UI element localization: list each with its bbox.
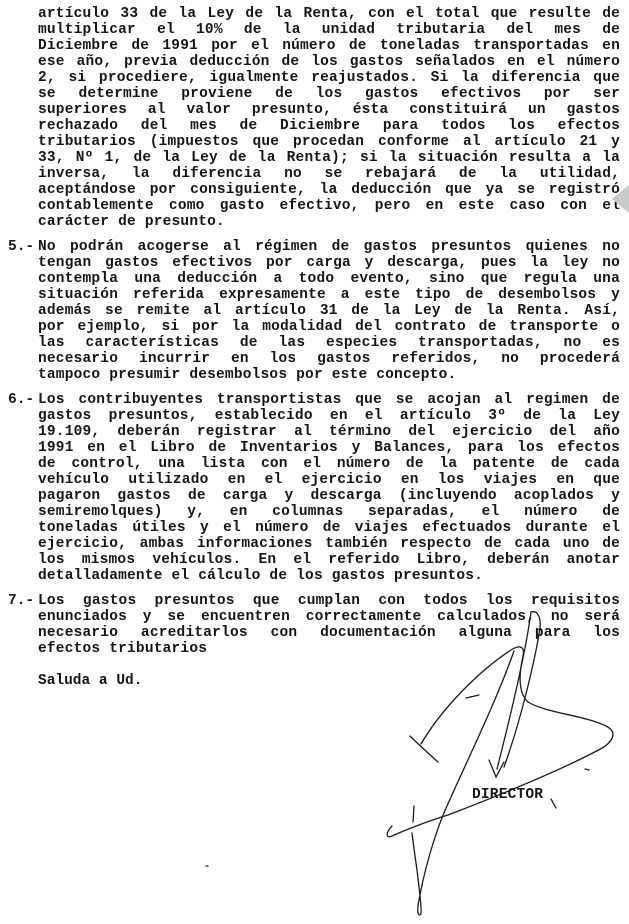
signature-stroke	[551, 799, 556, 808]
paragraph: 6.-Los contribuyentes transportistas que…	[8, 392, 620, 584]
scan-artifact-corner	[612, 185, 629, 213]
signature-stroke	[466, 695, 479, 698]
text-line: se determine proviene de los gastos efec…	[38, 86, 620, 102]
paragraph: artículo 33 de la Ley de la Renta, con e…	[8, 6, 620, 230]
text-line: Los gastos presuntos que cumplan con tod…	[38, 593, 620, 609]
paragraph-body: Los gastos presuntos que cumplan con tod…	[38, 593, 620, 657]
text-line: detalladamente el cálculo de los gastos …	[38, 568, 620, 584]
text-line: multiplicar el 10% de la unidad tributar…	[38, 22, 620, 38]
text-line: 33, Nº 1, de la Ley de la Renta); si la …	[38, 150, 620, 166]
paragraph-number: 7.-	[8, 593, 38, 657]
paragraph-body: No podrán acogerse al régimen de gastos …	[38, 239, 620, 383]
document-page: artículo 33 de la Ley de la Renta, con e…	[0, 0, 629, 689]
text-line: artículo 33 de la Ley de la Renta, con e…	[38, 6, 620, 22]
signature-stroke	[489, 760, 504, 777]
text-line: Diciembre de 1991 por el número de tonel…	[38, 38, 620, 54]
text-line: enunciados y se encuentren correctamente…	[38, 609, 620, 625]
text-line: contempla una deducción a todo evento, s…	[38, 271, 620, 287]
text-line: 1991 en el Libro de Inventarios y Balanc…	[38, 440, 620, 456]
text-line: semiremolques) y, en columnas separadas,…	[38, 504, 620, 520]
text-line: de control, una lista con el número de l…	[38, 456, 620, 472]
text-line: necesario acreditarlos con documentación…	[38, 625, 620, 641]
text-line: gastos presuntos, establecido en el artí…	[38, 408, 620, 424]
text-line: 2, si procediere, igualmente reajustados…	[38, 70, 620, 86]
text-line: inversa, la diferencia no se rebajará de…	[38, 166, 620, 182]
paragraph-number: 5.-	[8, 239, 38, 383]
text-line: aceptándose por consiguiente, la deducci…	[38, 182, 620, 198]
signature-stroke	[412, 651, 514, 915]
text-line: situación referida expresamente a este t…	[38, 287, 620, 303]
text-line: efectos tributarios	[38, 641, 620, 657]
text-line: pagaron gastos de carga y descarga (incl…	[38, 488, 620, 504]
text-line: por ejemplo, si por la modalidad del con…	[38, 319, 620, 335]
text-line: toneladas útiles y el número de viajes e…	[38, 520, 620, 536]
text-line: No podrán acogerse al régimen de gastos …	[38, 239, 620, 255]
text-line: los mismos vehículos. En el referido Lib…	[38, 552, 620, 568]
paragraph: 5.-No podrán acogerse al régimen de gast…	[8, 239, 620, 383]
text-line: carácter de presunto.	[38, 214, 620, 230]
paragraph-body: artículo 33 de la Ley de la Renta, con e…	[38, 6, 620, 230]
text-line: tampoco presumir desembolsos por este co…	[38, 367, 620, 383]
paragraph-body: Los contribuyentes transportistas que se…	[38, 392, 620, 584]
text-line: contablemente como gasto efectivo, pero …	[38, 198, 620, 214]
text-line: rechazado del mes de Diciembre para todo…	[38, 118, 620, 134]
text-line: además se remite al artículo 31 de la Le…	[38, 303, 620, 319]
text-line: tributarios (impuestos que procedan conf…	[38, 134, 620, 150]
paragraph-list: artículo 33 de la Ley de la Renta, con e…	[8, 6, 620, 657]
text-line: tengan gastos efectivos por carga y desc…	[38, 255, 620, 271]
paragraph-number	[8, 6, 38, 230]
text-line: 19.109, deberán registrar al término del…	[38, 424, 620, 440]
text-line: las características de las especies tran…	[38, 335, 620, 351]
signature-stroke	[585, 769, 589, 770]
text-line: superiores al valor presunto, ésta const…	[38, 102, 620, 118]
paragraph: 7.-Los gastos presuntos que cumplan con …	[8, 593, 620, 657]
text-line: ejercicio, ambas informaciones también r…	[38, 536, 620, 552]
signature-title: DIRECTOR	[472, 787, 543, 803]
paragraph-number: 6.-	[8, 392, 38, 584]
text-line: necesario incurrir en los gastos referid…	[38, 351, 620, 367]
signature-stroke	[413, 806, 414, 822]
closing-line: Saluda a Ud.	[8, 673, 620, 689]
text-line: vehículo utilizado en el ejercicio en lo…	[38, 472, 620, 488]
signature-stroke	[410, 736, 438, 762]
text-line: ese año, previa deducción de los gastos …	[38, 54, 620, 70]
text-line: Los contribuyentes transportistas que se…	[38, 392, 620, 408]
